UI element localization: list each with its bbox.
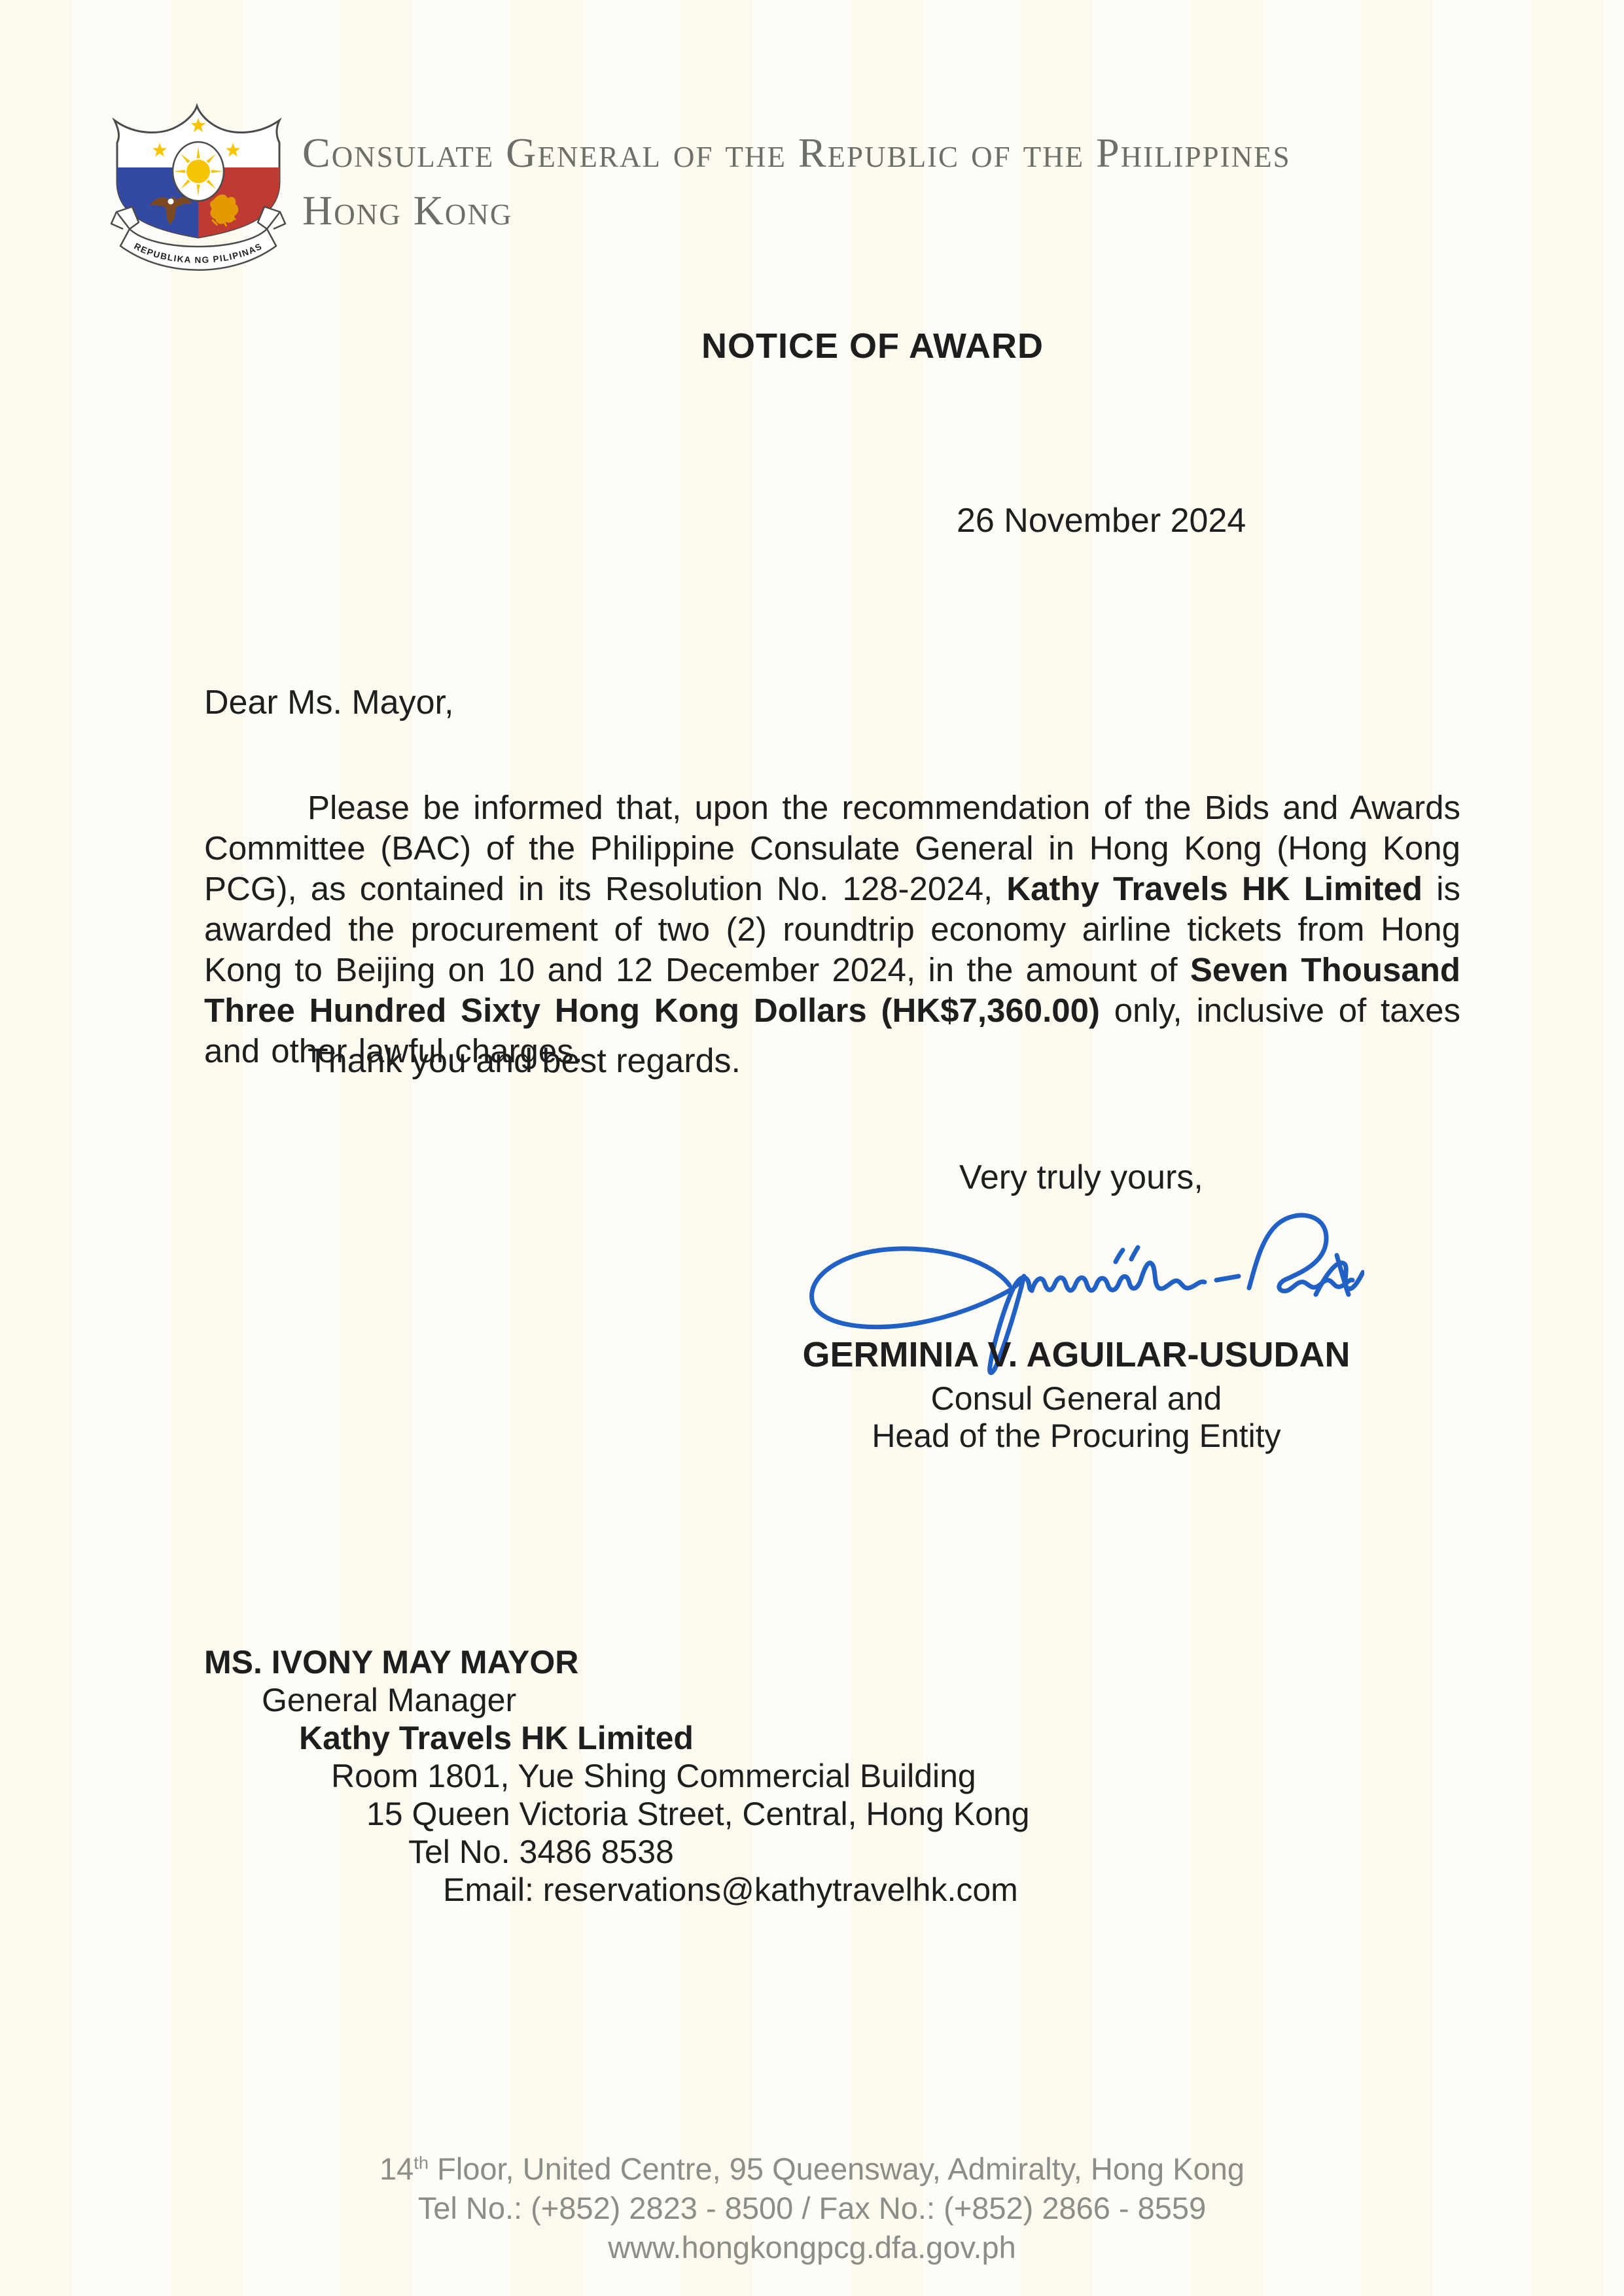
recipient-block: MS. IVONY MAY MAYOR General Manager Kath…: [204, 1643, 1030, 1909]
recipient-address-line1: Room 1801, Yue Shing Commercial Building: [204, 1757, 1030, 1795]
letter-date: 26 November 2024: [957, 501, 1246, 540]
letterhead: Consulate General of the Republic of the…: [302, 124, 1291, 239]
footer-phone-fax: Tel No.: (+852) 2823 - 8500 / Fax No.: (…: [0, 2189, 1624, 2228]
recipient-name: MS. IVONY MAY MAYOR: [204, 1643, 1030, 1681]
recipient-address-line2: 15 Queen Victoria Street, Central, Hong …: [204, 1795, 1030, 1833]
recipient-title: General Manager: [204, 1681, 1030, 1719]
letter-page: REPUBLIKA NG PILIPINAS Consulate General…: [0, 0, 1624, 2296]
signature-block: GERMINIA V. AGUILAR-USUDAN Consul Genera…: [762, 1334, 1390, 1455]
valediction: Very truly yours,: [959, 1158, 1203, 1197]
footer-website: www.hongkongpcg.dfa.gov.ph: [0, 2228, 1624, 2267]
page-footer: 14th Floor, United Centre, 95 Queensway,…: [0, 2149, 1624, 2267]
org-name-line2: Hong Kong: [302, 182, 1291, 239]
signer-name: GERMINIA V. AGUILAR-USUDAN: [762, 1334, 1390, 1375]
recipient-phone: Tel No. 3486 8538: [204, 1833, 1030, 1871]
document-title: NOTICE OF AWARD: [701, 326, 1044, 366]
body-paragraph: Please be informed that, upon the recomm…: [204, 788, 1460, 1071]
footer-address: 14th Floor, United Centre, 95 Queensway,…: [0, 2149, 1624, 2189]
recipient-email: Email: reservations@kathytravelhk.com: [204, 1871, 1030, 1909]
recipient-company: Kathy Travels HK Limited: [204, 1719, 1030, 1757]
org-name-line1: Consulate General of the Republic of the…: [302, 124, 1291, 182]
signer-title-line2: Head of the Procuring Entity: [762, 1418, 1390, 1455]
sun-icon: [173, 147, 223, 196]
salutation: Dear Ms. Mayor,: [204, 683, 453, 722]
signer-title-line1: Consul General and: [762, 1380, 1390, 1418]
philippines-coat-of-arms-logo: REPUBLIKA NG PILIPINAS: [98, 90, 294, 280]
closing-sentence: Thank you and best regards.: [308, 1041, 741, 1081]
